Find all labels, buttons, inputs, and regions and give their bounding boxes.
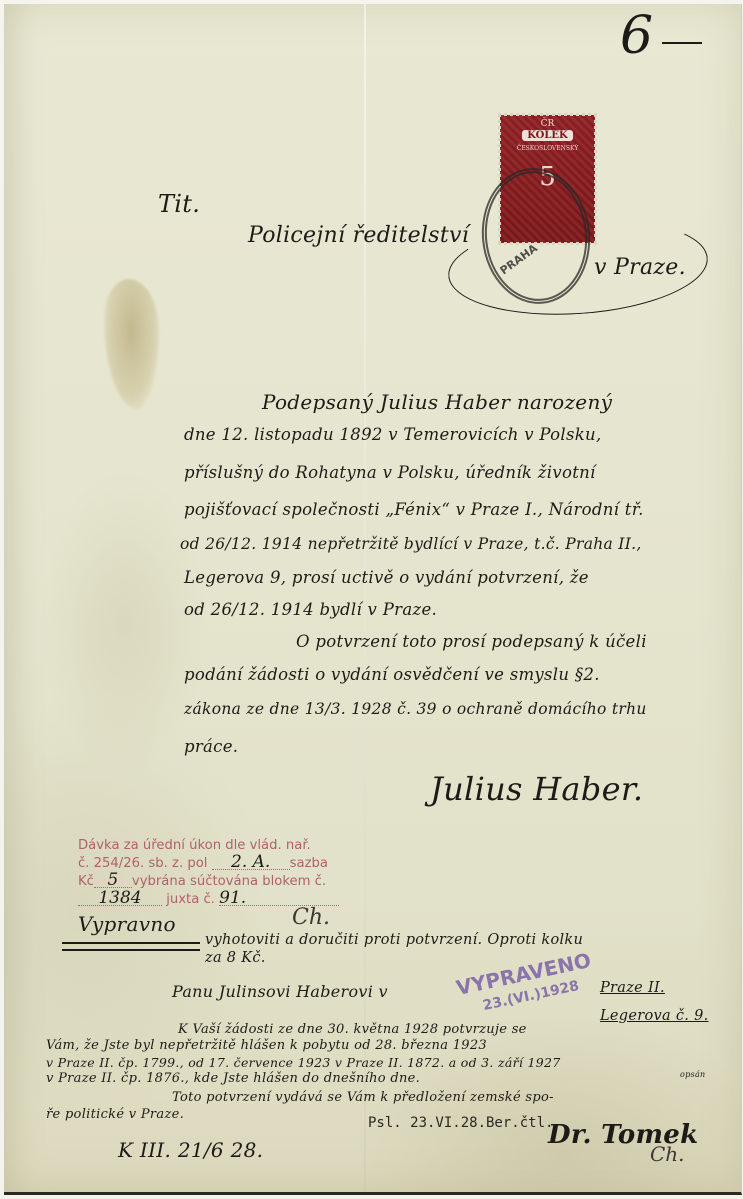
- stamp-subtitle: ČESKOSLOVENSKÝ: [500, 145, 595, 152]
- typed-note: Psl. 23.VI.28.Ber.čtl.: [368, 1115, 553, 1131]
- body-line: od 26/12. 1914 bydlí v Praze.: [184, 600, 437, 619]
- stamp-header: ČR: [500, 119, 595, 129]
- postmark-text: PRAHA: [498, 242, 540, 278]
- fee-text: juxta č.: [166, 892, 215, 907]
- fee-block-number-fill: 1384: [78, 891, 162, 906]
- page-number: 6: [620, 6, 653, 66]
- body-line: od 26/12. 1914 nepřetržitě bydlící v Pra…: [180, 535, 642, 553]
- fold-crease: [364, 4, 366, 1192]
- confirmation-line: ře politické v Praze.: [46, 1107, 184, 1122]
- annotation-line: za 8 Kč.: [205, 950, 266, 966]
- initials-mark: Ch.: [292, 905, 330, 930]
- recipient-line: Panu Julinsovi Haberovi v: [172, 982, 388, 1001]
- confirmation-line: v Praze II. čp. 1876., kde Jste hlášen d…: [46, 1071, 420, 1086]
- fee-line-1: Dávka za úřední úkon dle vlád. nař.: [78, 837, 339, 855]
- water-stain: [104, 279, 159, 409]
- fee-amount-fill: 5: [94, 873, 132, 888]
- margin-note: opsán: [680, 1070, 705, 1079]
- fee-text: č. 254/26. sb. z. pol: [78, 856, 207, 871]
- recipient-city: Praze II.: [600, 980, 665, 996]
- confirmation-line: Vám, že Jste byl nepřetržitě hlášen k po…: [46, 1038, 487, 1053]
- salutation: Tit.: [158, 190, 200, 218]
- file-reference: K III. 21/6 28.: [118, 1138, 263, 1162]
- fee-juxta-fill: 91.: [219, 891, 339, 906]
- fee-stamp: Dávka za úřední úkon dle vlád. nař. č. 2…: [78, 837, 339, 909]
- body-line: práce.: [184, 737, 238, 756]
- confirmation-line: v Praze II. čp. 1799., od 17. července 1…: [46, 1055, 560, 1070]
- vypravno-note: Vypravno: [78, 912, 176, 936]
- body-line: podání žádosti o vydání osvědčení ve smy…: [184, 665, 600, 684]
- stamp-label: KOLEK: [522, 130, 573, 141]
- confirmation-line: Toto potvrzení vydává se Vám k předložen…: [172, 1090, 554, 1105]
- applicant-signature: Julius Haber.: [430, 770, 643, 808]
- annotation-line: vyhotoviti a doručiti proti potvrzení. O…: [205, 932, 583, 948]
- body-line: příslušný do Rohatyna v Polsku, úředník …: [184, 463, 596, 482]
- page-number-dash: [662, 42, 702, 44]
- body-line: O potvrzení toto prosí podepsaný k účeli: [296, 632, 647, 651]
- fee-text: Kč: [78, 874, 94, 889]
- vypravno-underline: [62, 942, 200, 951]
- body-line: zákona ze dne 13/3. 1928 č. 39 o ochraně…: [184, 700, 647, 718]
- addressee-city: v Praze.: [594, 255, 686, 280]
- body-line: Legerova 9, prosí uctivě o vydání potvrz…: [184, 568, 589, 587]
- fee-text: sazba: [290, 856, 328, 871]
- recipient-street: Legerova č. 9.: [600, 1008, 709, 1024]
- body-line: pojišťovací společnosti „Fénix“ v Praze …: [184, 500, 644, 519]
- body-line: Podepsaný Julius Haber narozený: [262, 390, 612, 414]
- fee-text: Dávka za úřední úkon dle vlád. nař.: [78, 838, 311, 853]
- body-line: dne 12. listopadu 1892 v Temerovicích v …: [184, 425, 602, 444]
- confirmation-line: K Vaší žádosti ze dne 30. května 1928 po…: [178, 1022, 527, 1037]
- fee-item-fill: 2. A.: [212, 855, 290, 870]
- addressee-line: Policejní ředitelství: [248, 223, 469, 248]
- fee-text: vybrána súčtována blokem č.: [132, 874, 326, 889]
- initials-mark: Ch.: [650, 1142, 685, 1166]
